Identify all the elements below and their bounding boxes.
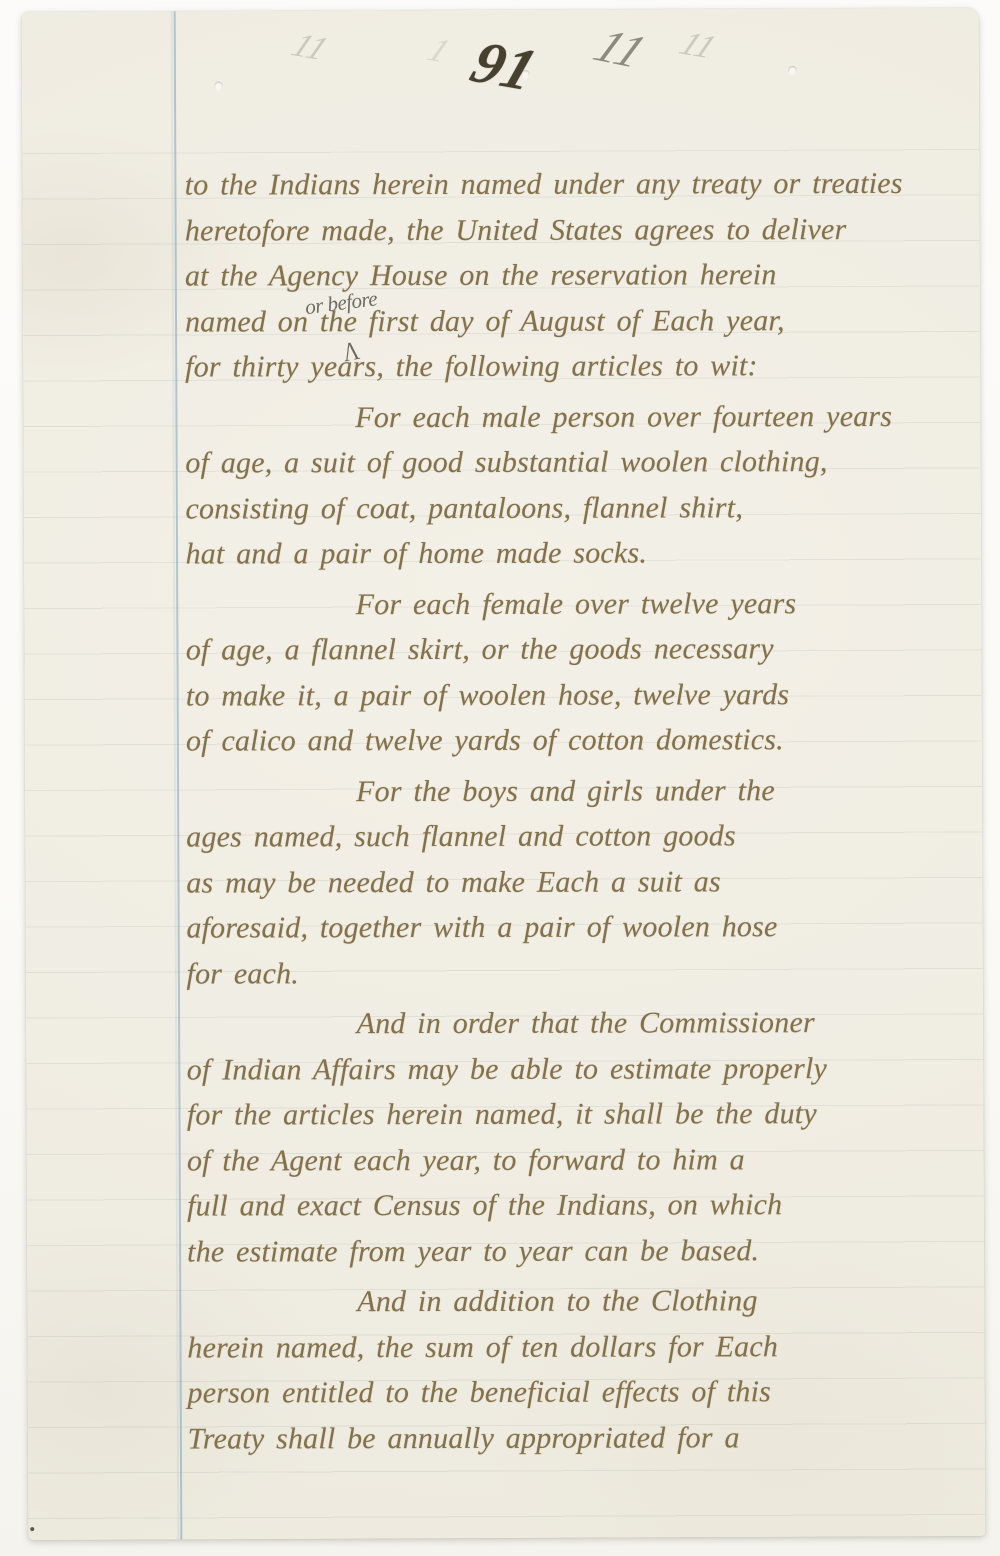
- pin-hole: [214, 81, 223, 90]
- bleed-through-mark: 1: [421, 32, 455, 70]
- manuscript: to the Indians herein named under any tr…: [185, 161, 980, 1462]
- document-photo: 11 11 1 91 11 or before Λ to the Indians…: [0, 0, 1000, 1556]
- manuscript-line: of age, a flannel skirt, or the goods ne…: [186, 626, 978, 673]
- manuscript-line: ages named, such flannel and cotton good…: [186, 813, 978, 860]
- bleed-through-mark: 11: [285, 27, 333, 68]
- manuscript-line: of calico and twelve yards of cotton dom…: [186, 717, 978, 764]
- manuscript-line: full and exact Census of the Indians, on…: [187, 1182, 979, 1229]
- paper-speck: [30, 1527, 34, 1531]
- manuscript-line: heretofore made, the United States agree…: [185, 206, 977, 253]
- manuscript-line: for the articles herein named, it shall …: [187, 1091, 979, 1138]
- manuscript-line: person entitled to the beneficial effect…: [187, 1369, 979, 1416]
- manuscript-line: For each male person over fourteen years: [185, 393, 977, 440]
- manuscript-line: And in order that the Commissioner: [187, 1000, 979, 1047]
- manuscript-line: of the Agent each year, to forward to hi…: [187, 1136, 979, 1183]
- manuscript-paper: 11 11 1 91 11 or before Λ to the Indians…: [22, 8, 986, 1540]
- manuscript-line: at the Agency House on the reservation h…: [185, 252, 977, 299]
- manuscript-line: for thirty years, the following articles…: [185, 343, 977, 390]
- manuscript-line: the estimate from year to year can be ba…: [187, 1227, 979, 1274]
- manuscript-line: of Indian Affairs may be able to estimat…: [187, 1045, 979, 1092]
- manuscript-line: herein named, the sum of ten dollars for…: [187, 1323, 979, 1370]
- manuscript-line: as may be needed to make Each a suit as: [186, 858, 978, 905]
- manuscript-line: named on the first day of August of Each…: [185, 297, 977, 344]
- manuscript-line: hat and a pair of home made socks.: [186, 530, 978, 577]
- manuscript-line: aforesaid, together with a pair of woole…: [186, 904, 978, 951]
- manuscript-line: Treaty shall be annually appropriated fo…: [188, 1414, 980, 1461]
- page-number: 91: [463, 28, 546, 104]
- manuscript-line: consisting of coat, pantaloons, flannel …: [185, 484, 977, 531]
- bleed-through-mark: 11: [673, 26, 721, 67]
- pin-hole: [788, 66, 797, 75]
- manuscript-line: to the Indians herein named under any tr…: [185, 161, 977, 208]
- manuscript-line: For each female over twelve years: [186, 580, 978, 627]
- manuscript-line: And in addition to the Clothing: [187, 1278, 979, 1325]
- manuscript-line: For the boys and girls under the: [186, 767, 978, 814]
- manuscript-line: of age, a suit of good substantial woole…: [185, 439, 977, 486]
- manuscript-line: for each.: [186, 949, 978, 996]
- margin-rule-line: [174, 11, 183, 1539]
- manuscript-line: to make it, a pair of woolen hose, twelv…: [186, 671, 978, 718]
- pencil-page-number: 11: [585, 19, 655, 79]
